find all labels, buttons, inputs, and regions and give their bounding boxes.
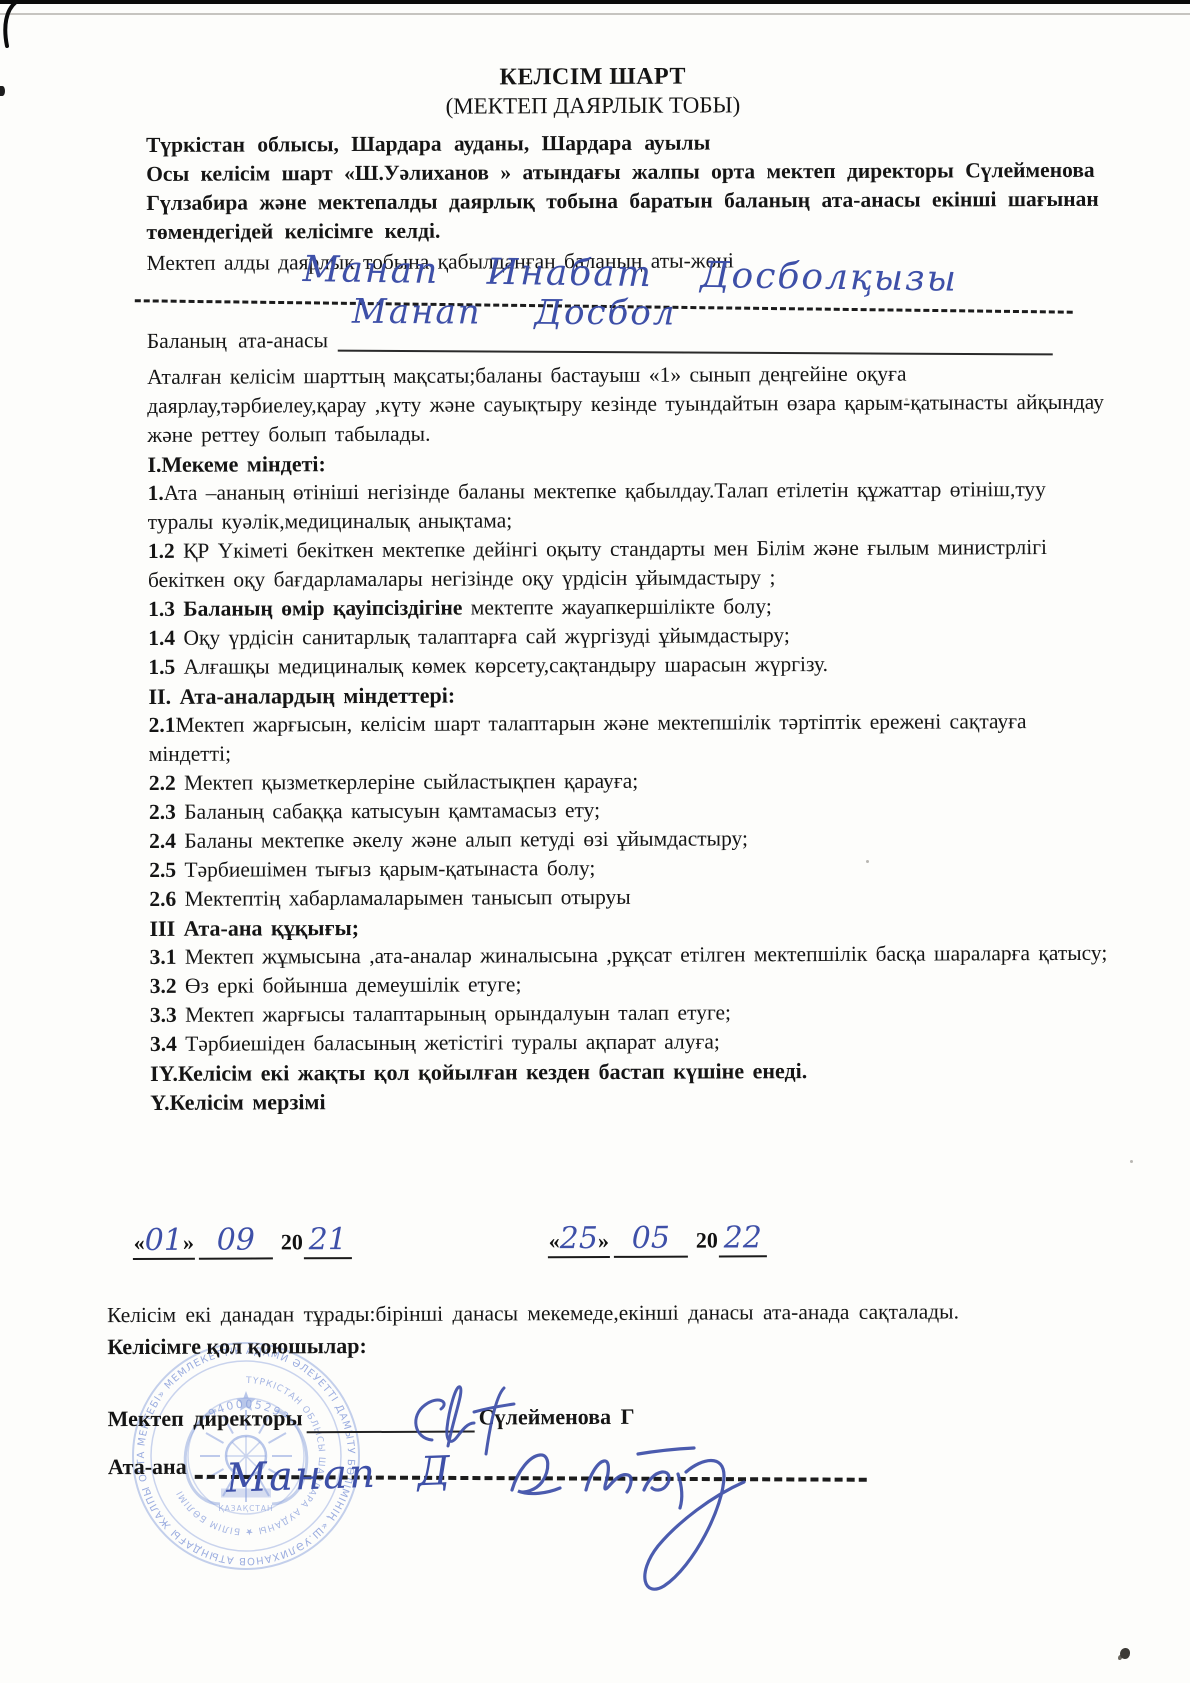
stamp-banner-text: ҚАЗАҚСТАН bbox=[218, 1504, 273, 1513]
clause-1-3: 1.3 Баланың өмір қауіпсіздігіне мектепте… bbox=[148, 591, 1112, 624]
scanner-edge-strip bbox=[0, 0, 1190, 4]
parent-signer-label: Ата-ана bbox=[108, 1452, 187, 1482]
parent-signature-handwriting: Манап Д bbox=[225, 1448, 452, 1502]
clause-3-2: 3.2 Өз еркі бойынша демеушілік етуге; bbox=[150, 968, 1114, 1001]
signers-heading: Келісімге қол қоюшылар: bbox=[107, 1328, 1123, 1362]
end-month-handwriting: 05 bbox=[632, 1221, 670, 1256]
parent-name-label: Баланың ата-анасы bbox=[147, 326, 328, 356]
clause-2-1: 2.1Мектеп жарғысын, келісім шарт талапта… bbox=[149, 707, 1113, 769]
section-5-heading: Y.Келісім мерзімі bbox=[150, 1084, 1114, 1117]
scanner-edge-line bbox=[0, 13, 1190, 15]
child-name-handwriting: Манап Инабат Досболқызы bbox=[302, 255, 958, 294]
ink-spot bbox=[1120, 1648, 1130, 1659]
clause-1-5: 1.5 Алғашқы медициналық көмек көрсету,са… bbox=[148, 649, 1112, 682]
scan-speck bbox=[1130, 1160, 1133, 1163]
clause-2-2: 2.2 Мектеп қызметкерлеріне сыйластықпен … bbox=[149, 765, 1113, 798]
section-3-heading: ІІІ Ата-ана құқығы; bbox=[149, 910, 1113, 943]
clause-2-3: 2.3 Баланың сабаққа катысуын қамтамасыз … bbox=[149, 794, 1113, 827]
agreement-paragraph: Осы келісім шарт «Ш.Уәлиханов » атындағы… bbox=[146, 156, 1110, 247]
clause-3-4: 3.4 Тәрбиешіден баласының жетістігі тура… bbox=[150, 1026, 1114, 1059]
clause-2-6: 2.6 Мектептің хабарламаларымен танысып о… bbox=[149, 881, 1113, 914]
director-signature-row: Мектеп директоры Сүлейменова Г bbox=[108, 1396, 1124, 1434]
start-date: «01»092021 bbox=[133, 1222, 352, 1260]
clause-3-3: 3.3 Мектеп жарғысы талаптарының орындалу… bbox=[150, 997, 1114, 1030]
copies-line: Келісім екі данадан тұрады:бірінші данас… bbox=[107, 1296, 1123, 1330]
document-body: КЕЛСІМ ШАРТ (МЕКТЕП ДАЯРЛЫК ТОБЫ) Түркіс… bbox=[0, 0, 1190, 1483]
start-day-handwriting: 01 bbox=[145, 1223, 183, 1258]
section-1-heading: І.Мекеме міндеті: bbox=[147, 446, 1111, 479]
clause-2-4: 2.4 Баланы мектепке әкелу және алып кету… bbox=[149, 823, 1113, 856]
start-year-handwriting: 21 bbox=[309, 1222, 347, 1257]
end-date: «25»052022 bbox=[548, 1220, 767, 1258]
start-month-handwriting: 09 bbox=[217, 1222, 255, 1257]
clause-3-1: 3.1 Мектеп жұмысына ,ата-аналар жиналысы… bbox=[150, 939, 1114, 972]
scan-edge-mark bbox=[0, 86, 5, 96]
contract-dates: «01»092021 «25»052022 bbox=[133, 1218, 1190, 1260]
parent-name-handwriting: Манап Досбол bbox=[352, 298, 677, 329]
document-subtitle: (МЕКТЕП ДАЯРЛЫК ТОБЫ) bbox=[0, 90, 1188, 121]
document-title: КЕЛСІМ ШАРТ bbox=[0, 61, 1188, 93]
end-year-handwriting: 22 bbox=[724, 1220, 762, 1255]
page-curl-artifact bbox=[0, 0, 22, 48]
clause-1-4: 1.4 Оқу үрдісін санитарлық талаптарға са… bbox=[148, 620, 1112, 653]
parent-signature-ink bbox=[498, 1438, 808, 1618]
clause-1-2: 1.2 ҚР Үкіметі бекіткен мектепке дейінгі… bbox=[148, 533, 1112, 595]
scan-speck bbox=[905, 398, 908, 401]
clause-2-5: 2.5 Тәрбиешімен тығыз қарым-қатынаста бо… bbox=[149, 852, 1113, 885]
end-day-handwriting: 25 bbox=[560, 1221, 598, 1256]
clause-1-1: 1.Ата –ананың өтініші негізінде баланы м… bbox=[148, 475, 1112, 537]
scan-speck bbox=[866, 860, 869, 863]
parent-name-field: Баланың ата-анасы Манап Досбол bbox=[147, 314, 1111, 356]
director-label: Мектеп директоры bbox=[108, 1403, 303, 1434]
section-4-heading: ІY.Келісім екі жақты қол қойылған кезден… bbox=[150, 1055, 1114, 1088]
section-2-heading: ІІ. Ата-аналардың міндеттері: bbox=[148, 678, 1112, 711]
scanned-contract-page: АДАМИ ӘЛЕУЕТТІ ДАМЫТУ БӨЛІМІНІҢ «Ш.УӘЛИХ… bbox=[0, 0, 1190, 1683]
solid-fill-line: Манап Досбол bbox=[338, 308, 1053, 356]
location-line: Түркістан облысы, Шардара ауданы, Шардар… bbox=[146, 127, 1110, 160]
purpose-paragraph: Аталған келісім шарттың мақсаты;баланы б… bbox=[147, 359, 1111, 450]
